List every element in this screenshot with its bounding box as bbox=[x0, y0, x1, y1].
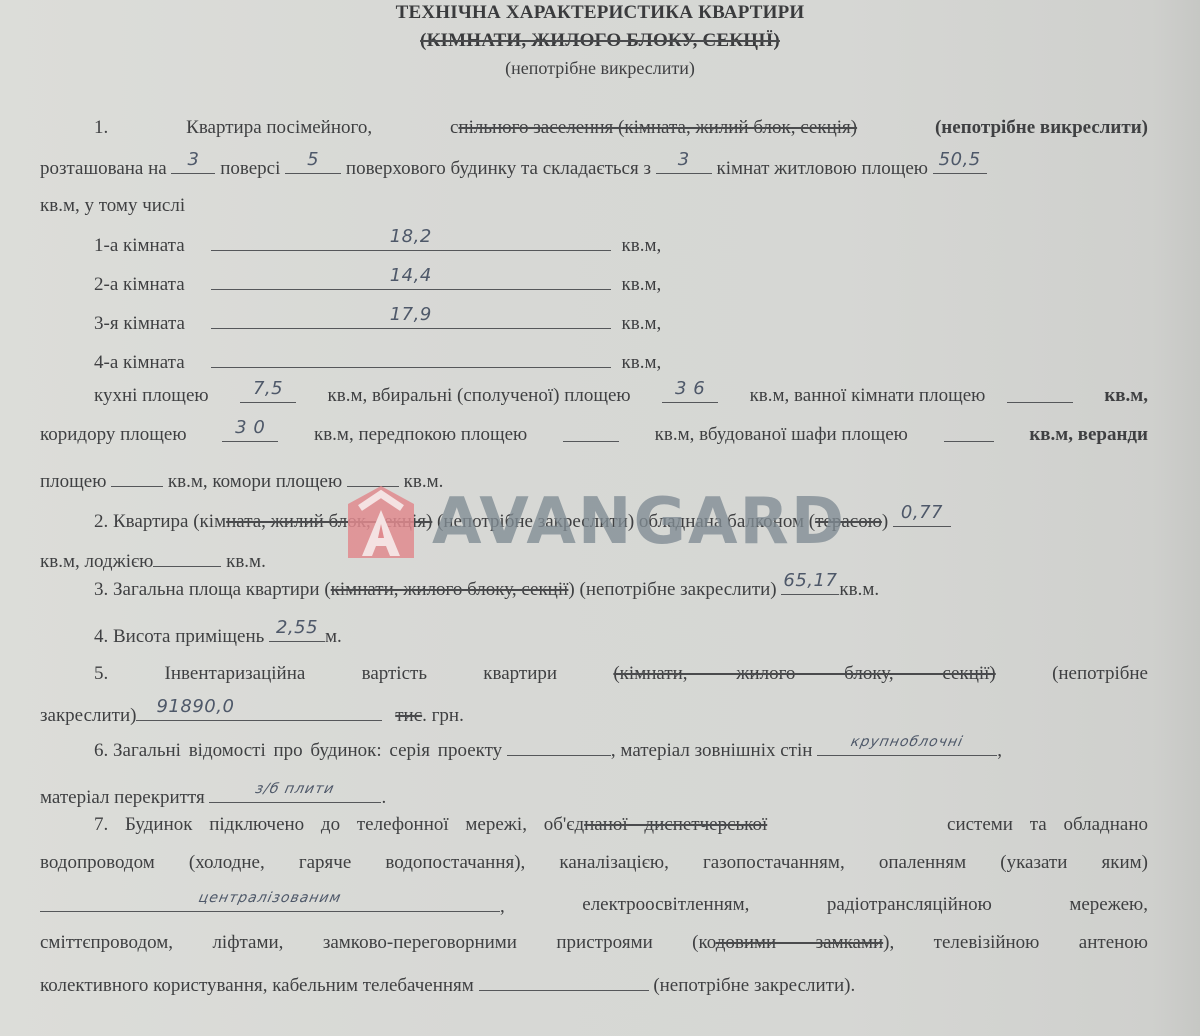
text: кв.м, bbox=[1104, 384, 1148, 408]
struck-text: ната, жилий блок, секція) bbox=[226, 511, 432, 532]
wall-material-value: крупноблочні bbox=[815, 730, 1000, 754]
unit-label: м. bbox=[325, 626, 342, 647]
section-2-line-1: 2. Квартира (кімната, жилий блок, секція… bbox=[94, 508, 951, 534]
section-7-line-1: 7. Будинок підключено до телефонної мере… bbox=[94, 813, 1148, 837]
document-title: ТЕХНІЧНА ХАРАКТЕРИСТИКА КВАРТИРИ bbox=[0, 2, 1200, 24]
text: , bbox=[997, 740, 1002, 761]
section-number: 2. bbox=[94, 511, 108, 532]
section-number: 4. bbox=[94, 626, 108, 647]
text: кв.м, комори площею bbox=[168, 471, 342, 492]
text: ) (непотрібне закреслити) bbox=[568, 579, 776, 600]
closet-area-field[interactable] bbox=[944, 423, 994, 442]
text: поверхового будинку та складається з bbox=[346, 158, 651, 179]
wall-material-field[interactable]: крупноблочні bbox=[817, 737, 997, 756]
text: кімнат житловою площею bbox=[716, 158, 928, 179]
section-number: 7. bbox=[94, 814, 108, 835]
text: поверсі bbox=[220, 158, 280, 179]
cable-tv-field[interactable] bbox=[479, 972, 649, 991]
kitchen-line: кухні площею 7,5 кв.м, вбиральні (сполуч… bbox=[94, 384, 1148, 408]
text: кв.м. bbox=[226, 551, 266, 572]
corridor-area-field[interactable]: 3 0 bbox=[222, 423, 278, 442]
text: Будинок підключено до телефонної мережі,… bbox=[125, 814, 584, 835]
veranda-area-field[interactable] bbox=[111, 468, 163, 487]
text: кухні площею bbox=[94, 384, 209, 408]
text: сміттєпроводом, ліфтами, замково-перегов… bbox=[40, 932, 716, 953]
room-row-3: 3-я кімната 17,9 кв.м, bbox=[94, 310, 661, 336]
text: закреслити) bbox=[40, 705, 136, 726]
floors-total-field[interactable]: 5 bbox=[285, 155, 341, 174]
room-row-4: 4-а кімната кв.м, bbox=[94, 349, 661, 375]
ceiling-material-value: з/б плити bbox=[207, 777, 384, 801]
section-number: 3. bbox=[94, 579, 108, 600]
room-area-field[interactable]: 14,4 bbox=[211, 271, 611, 290]
struck-title-text: (КІМНАТИ, ЖИЛОГО БЛОКУ, СЕКЦІЇ) bbox=[420, 30, 780, 51]
technical-characteristics-document: ТЕХНІЧНА ХАРАКТЕРИСТИКА КВАРТИРИ (КІМНАТ… bbox=[0, 0, 1200, 1036]
project-series-field[interactable] bbox=[507, 737, 611, 756]
section-2-line-2: кв.м, лоджією кв.м. bbox=[40, 548, 266, 574]
document-subtitle: (непотрібне викреслити) bbox=[0, 58, 1200, 79]
living-area-field[interactable]: 50,5 bbox=[933, 155, 987, 174]
struck-text: (кімнати, жилого блоку, секції) bbox=[613, 662, 995, 686]
line-part: 7. Будинок підключено до телефонної мере… bbox=[94, 813, 767, 837]
section-number: 6. bbox=[94, 740, 108, 761]
text: кв.м, лоджією bbox=[40, 551, 153, 572]
text: Висота приміщень bbox=[113, 626, 264, 647]
text: . bbox=[381, 787, 386, 808]
text: кв.м, вбиральні (сполученої) площею bbox=[328, 384, 631, 408]
currency-unit: тис. грн. bbox=[395, 705, 464, 726]
room-row-1: 1-а кімната 18,2 кв.м, bbox=[94, 232, 661, 258]
section-6-line-2: матеріал перекриття з/б плити. bbox=[40, 784, 386, 810]
struck-text: спільного заселення (кімната, жилий блок… bbox=[450, 116, 857, 140]
total-area-field[interactable]: 65,17 bbox=[781, 576, 839, 595]
struck-text: довими замками bbox=[716, 932, 883, 953]
floors-total-value: 5 bbox=[285, 148, 341, 172]
section-5-line-2: закреслити)91890,0 тис. грн. bbox=[40, 702, 464, 728]
inventory-value-field[interactable]: 91890,0 bbox=[136, 702, 382, 721]
text: радіотрансляційною bbox=[827, 893, 992, 919]
section-7-line-2: водопроводом (холодне, гаряче водопостач… bbox=[40, 851, 1148, 875]
text: матеріал перекриття bbox=[40, 787, 205, 808]
unit-label: кв.м, bbox=[622, 235, 662, 256]
text: вартість bbox=[362, 662, 427, 686]
text: квартири bbox=[483, 662, 557, 686]
text: системи та обладнано bbox=[947, 813, 1148, 837]
section-6-line-1: 6. Загальні відомості про будинок: серія… bbox=[94, 737, 1002, 763]
unit-label: кв.м, bbox=[622, 274, 662, 295]
room-label: 3-я кімната bbox=[94, 312, 206, 336]
struck-span: пільного заселення (кімната, жилий блок,… bbox=[458, 117, 857, 138]
total-area-value: 65,17 bbox=[781, 569, 839, 593]
text: площею bbox=[40, 471, 106, 492]
rooms-count-field[interactable]: 3 bbox=[656, 155, 712, 174]
text: електроосвітленням, bbox=[582, 893, 749, 919]
section-4: 4. Висота приміщень 2,55м. bbox=[94, 623, 342, 649]
text: ), телевізійною антеною bbox=[883, 932, 1148, 953]
heating-type-field[interactable]: централізованим bbox=[40, 893, 500, 912]
note-text: (непотрібне викреслити) bbox=[935, 116, 1148, 140]
corridor-line: коридору площею 3 0 кв.м, передпокою пло… bbox=[40, 423, 1148, 447]
text: , матеріал зовнішніх стін bbox=[611, 740, 813, 761]
unit-label: кв.м. bbox=[839, 579, 879, 600]
text: кв.м. bbox=[404, 471, 444, 492]
ceiling-height-value: 2,55 bbox=[269, 616, 325, 640]
section-3: 3. Загальна площа квартири (кімнати, жил… bbox=[94, 576, 879, 602]
text: Інвентаризаційна bbox=[165, 662, 306, 686]
text: кв.м, вбудованої шафи площею bbox=[655, 423, 908, 447]
room-area-value: 14,4 bbox=[211, 264, 611, 288]
text: кв.м, передпокою площею bbox=[314, 423, 527, 447]
document-title-struck: (КІМНАТИ, ЖИЛОГО БЛОКУ, СЕКЦІЇ) bbox=[0, 30, 1200, 52]
text: Квартира (кім bbox=[113, 511, 226, 532]
struck-text: наної диспетчерської bbox=[584, 814, 767, 835]
section-1-line-1: 1. Квартира посімейного, спільного засел… bbox=[94, 116, 1148, 140]
text: (непотрібне закреслити). bbox=[653, 975, 855, 996]
balcony-area-field[interactable]: 0,77 bbox=[893, 508, 951, 527]
hall-area-field[interactable] bbox=[563, 423, 619, 442]
toilet-area-value: 3 6 bbox=[662, 377, 718, 401]
kitchen-area-value: 7,5 bbox=[240, 377, 296, 401]
section-number: 1. bbox=[94, 116, 108, 140]
ceiling-height-field[interactable]: 2,55 bbox=[269, 623, 325, 642]
text: , bbox=[500, 896, 505, 917]
text: розташована на bbox=[40, 158, 167, 179]
section-5-line-1: 5. Інвентаризаційна вартість квартири (к… bbox=[94, 662, 1148, 686]
room-label: 1-а кімната bbox=[94, 234, 206, 258]
room-label: 4-а кімната bbox=[94, 351, 206, 375]
text: коридору площею bbox=[40, 423, 187, 447]
room-area-field[interactable] bbox=[211, 349, 611, 368]
room-area-value: 17,9 bbox=[211, 303, 611, 327]
room-area-value: 18,2 bbox=[211, 225, 611, 249]
room-area-field[interactable]: 18,2 bbox=[211, 232, 611, 251]
unit-label: кв.м, bbox=[622, 313, 662, 334]
text: Загальні відомості про будинок: серія пр… bbox=[113, 740, 502, 761]
text: Квартира посімейного, bbox=[186, 116, 372, 140]
text: кв.м, ванної кімнати площею bbox=[750, 384, 986, 408]
unit-label: . грн. bbox=[422, 705, 464, 726]
pantry-area-field[interactable] bbox=[347, 468, 399, 487]
pantry-line: площею кв.м, комори площею кв.м. bbox=[40, 468, 443, 494]
text: ) bbox=[882, 511, 888, 532]
text: колективного користування, кабельним тел… bbox=[40, 975, 474, 996]
room-label: 2-а кімната bbox=[94, 273, 206, 297]
unit-label: кв.м, bbox=[622, 352, 662, 373]
text: (непотрібне закреслити) обладнана балкон… bbox=[437, 511, 815, 532]
section-7-line-5: колективного користування, кабельним тел… bbox=[40, 972, 855, 998]
kitchen-area-field[interactable]: 7,5 bbox=[240, 384, 296, 403]
heating-part: централізованим, bbox=[40, 893, 505, 919]
text: Загальна площа квартири ( bbox=[113, 579, 331, 600]
heating-type-value: централізованим bbox=[37, 886, 502, 910]
section-1-line-2: розташована на 3 поверсі 5 поверхового б… bbox=[40, 155, 987, 181]
rooms-count-value: 3 bbox=[656, 148, 712, 172]
struck-text: терасою bbox=[815, 511, 882, 532]
corridor-area-value: 3 0 bbox=[222, 416, 278, 440]
section-7-line-3: централізованим, електроосвітленням, рад… bbox=[40, 893, 1148, 919]
loggia-area-field[interactable] bbox=[153, 548, 221, 567]
text: (непотрібне bbox=[1052, 662, 1148, 686]
section-7-line-4: сміттєпроводом, ліфтами, замково-перегов… bbox=[40, 931, 1148, 955]
bath-area-field[interactable] bbox=[1007, 384, 1073, 403]
struck-text: кімнати, жилого блоку, секції bbox=[331, 579, 569, 600]
struck-unit: тис bbox=[395, 705, 422, 726]
living-area-value: 50,5 bbox=[933, 148, 987, 172]
inventory-value: 91890,0 bbox=[156, 695, 382, 719]
section-number: 5. bbox=[94, 662, 108, 686]
room-row-2: 2-а кімната 14,4 кв.м, bbox=[94, 271, 661, 297]
section-1-line-3: кв.м, у тому числі bbox=[40, 194, 185, 218]
floor-value: 3 bbox=[171, 148, 215, 172]
text: мережею, bbox=[1069, 893, 1148, 919]
ceiling-material-field[interactable]: з/б плити bbox=[209, 784, 381, 803]
balcony-area-value: 0,77 bbox=[893, 501, 951, 525]
text: кв.м, веранди bbox=[1029, 423, 1148, 447]
room-area-field[interactable]: 17,9 bbox=[211, 310, 611, 329]
toilet-area-field[interactable]: 3 6 bbox=[662, 384, 718, 403]
floor-field[interactable]: 3 bbox=[171, 155, 215, 174]
